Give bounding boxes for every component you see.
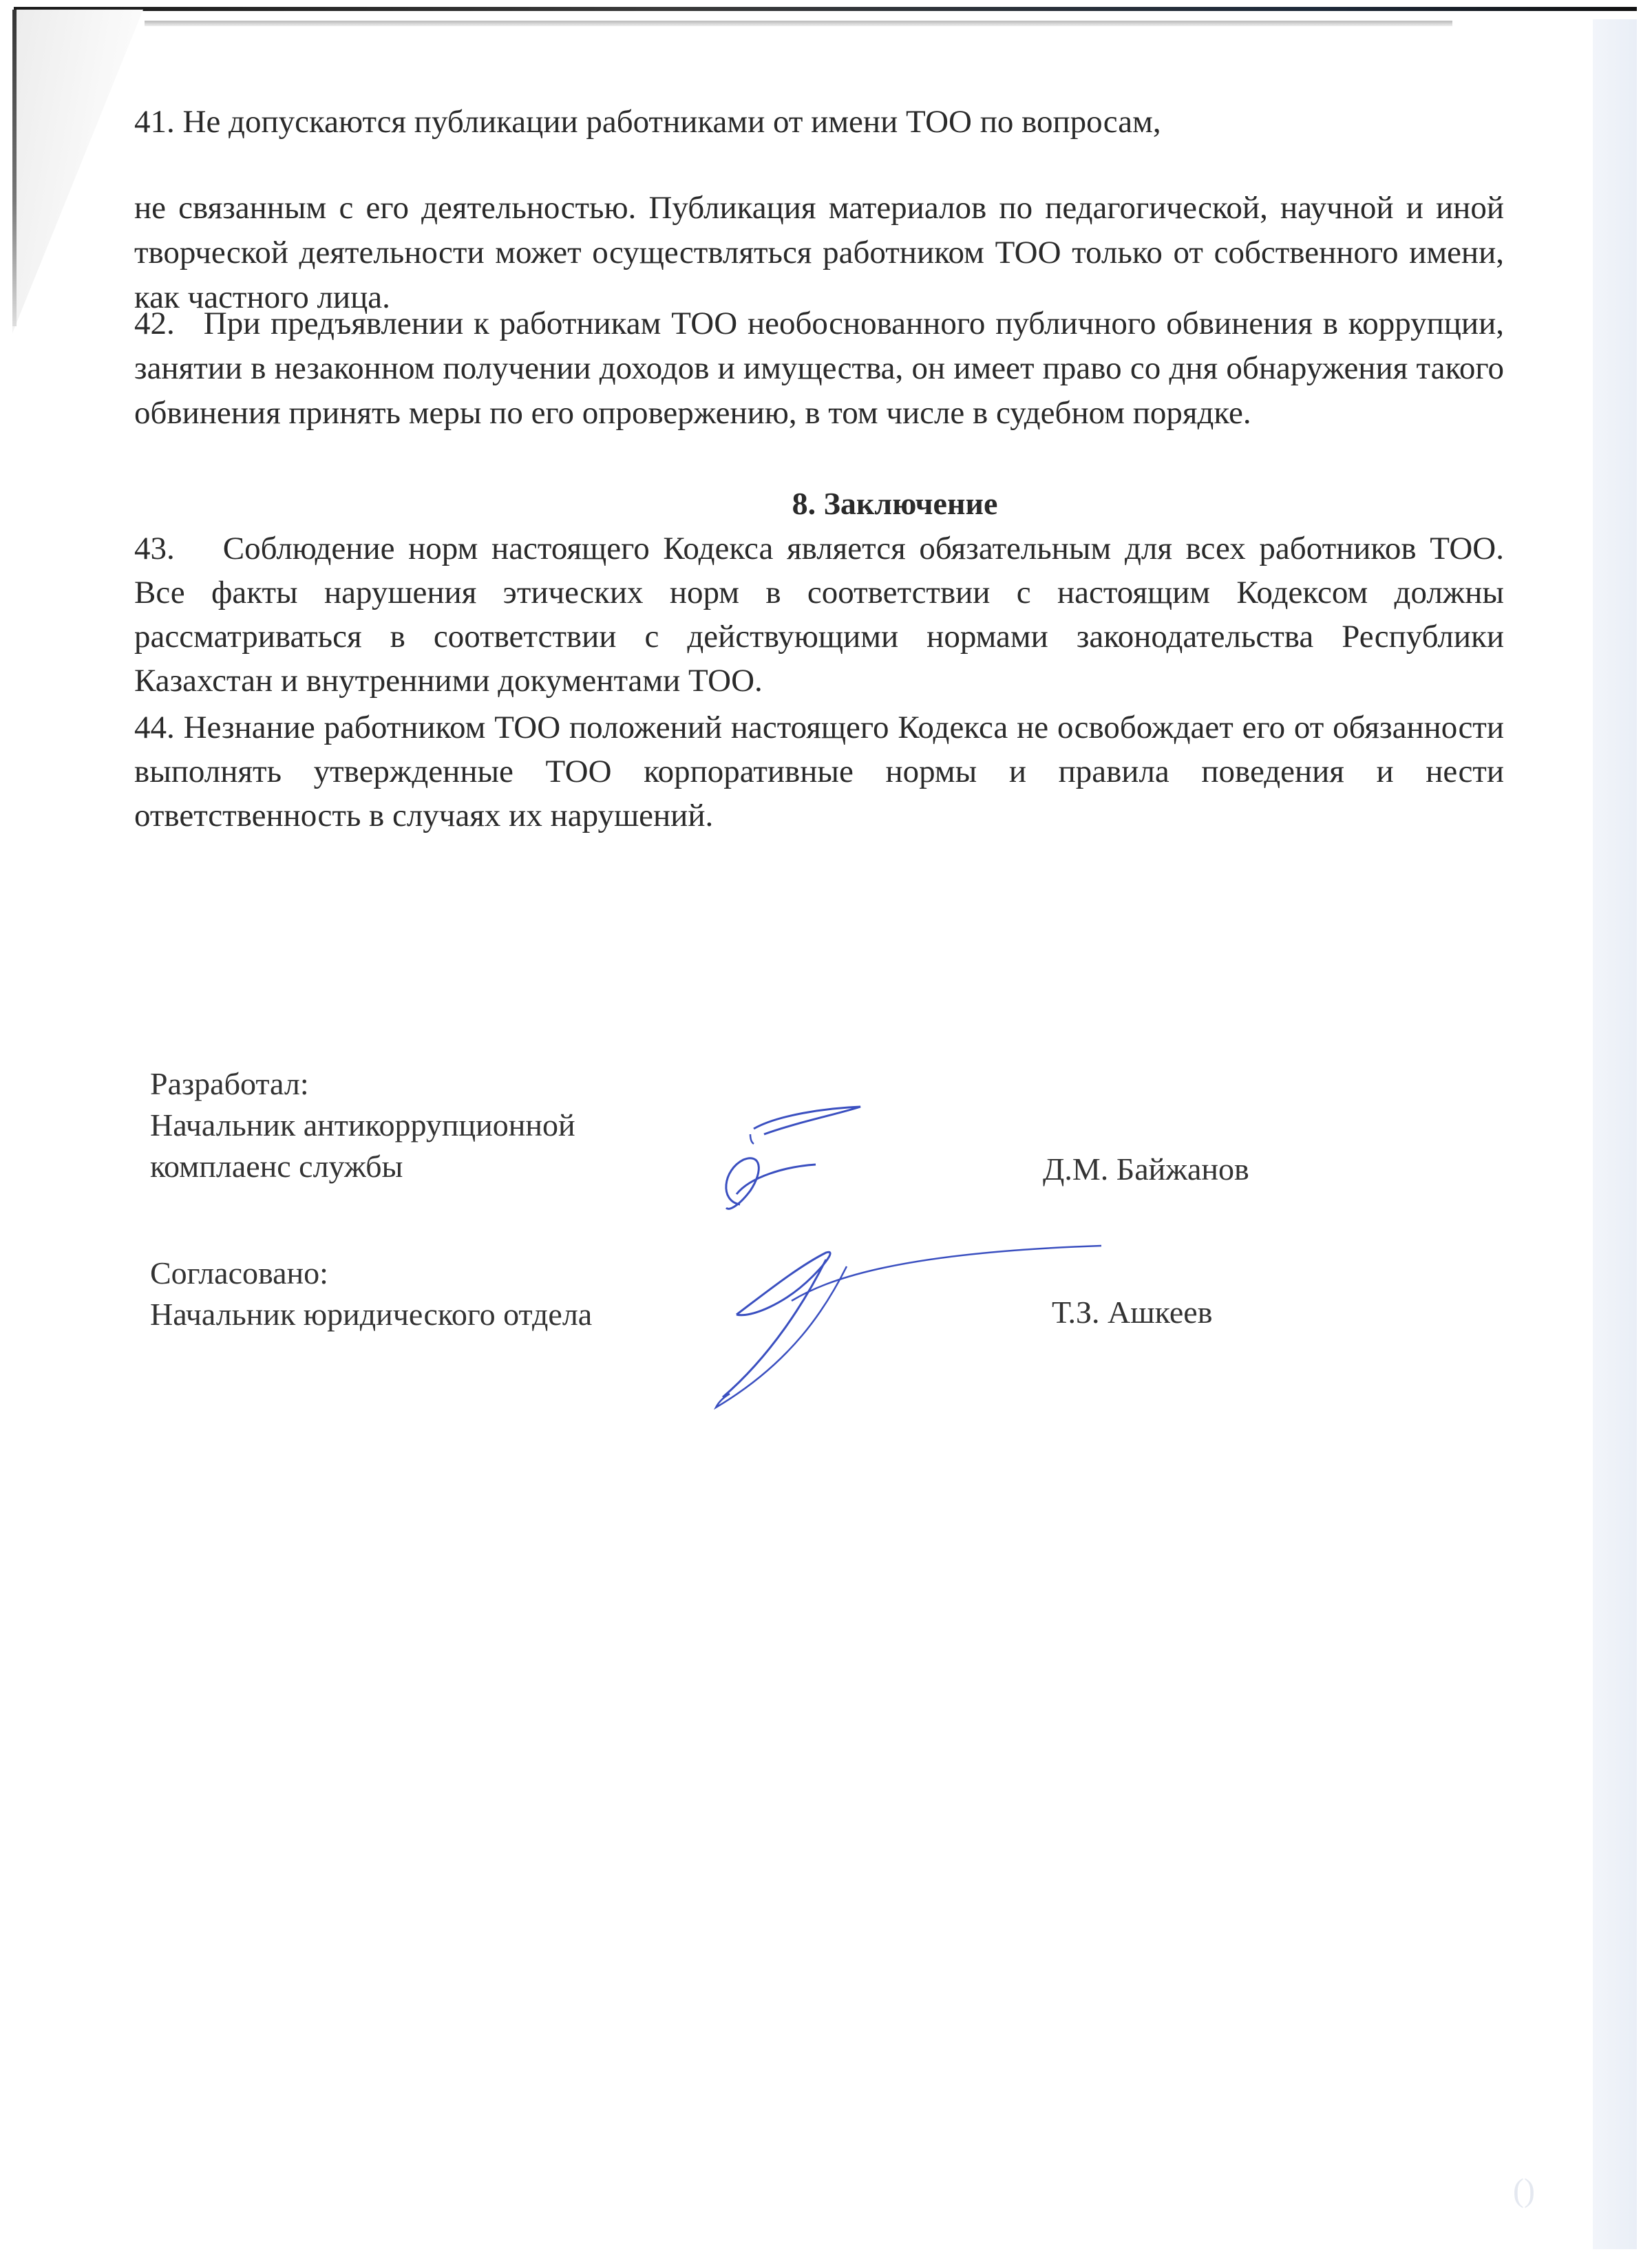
- paragraph-43: 43.Соблюдение норм настоящего Кодекса яв…: [134, 527, 1504, 703]
- signature-block-developed: Разработал: Начальник антикоррупционной …: [150, 1063, 575, 1187]
- paragraph-42-number: 42.: [134, 306, 175, 341]
- signature-label: Согласовано:: [150, 1253, 592, 1294]
- paragraph-41-first-line: 41. Не допускаются публикации работникам…: [134, 100, 1504, 144]
- handwritten-signature-icon: [688, 1239, 1115, 1411]
- signature-block-approved: Согласовано: Начальник юридического отде…: [150, 1253, 592, 1335]
- paragraph-41-continuation: не связанным с его деятельностью. Публик…: [134, 186, 1504, 320]
- signer-position-line2: комплаенс службы: [150, 1146, 575, 1187]
- scan-top-shadow: [145, 21, 1452, 26]
- signer-name: Д.М. Байжанов: [1043, 1151, 1249, 1187]
- signer-position-line1: Начальник юридического отдела: [150, 1294, 592, 1335]
- paragraph-44: 44. Незнание работником ТОО положений на…: [134, 705, 1504, 838]
- scan-right-edge: [1593, 19, 1637, 2249]
- faint-page-mark: (): [1513, 2171, 1554, 2210]
- section-title-conclusion: 8. Заключение: [134, 482, 1504, 526]
- handwritten-signature-icon: [702, 1101, 909, 1225]
- paragraph-42-text: При предъявлении к работникам ТОО необос…: [134, 306, 1504, 431]
- paragraph-43-text: Соблюдение норм настоящего Кодекса являе…: [134, 531, 1504, 699]
- scan-page-curl: [12, 10, 143, 333]
- signer-position-line1: Начальник антикоррупционной: [150, 1105, 575, 1146]
- scan-top-edge: [14, 7, 1637, 11]
- paragraph-43-number: 43.: [134, 531, 175, 566]
- signature-label: Разработал:: [150, 1063, 575, 1105]
- scan-left-edge: [12, 10, 17, 326]
- paragraph-42: 42.При предъявлении к работникам ТОО нео…: [134, 301, 1504, 436]
